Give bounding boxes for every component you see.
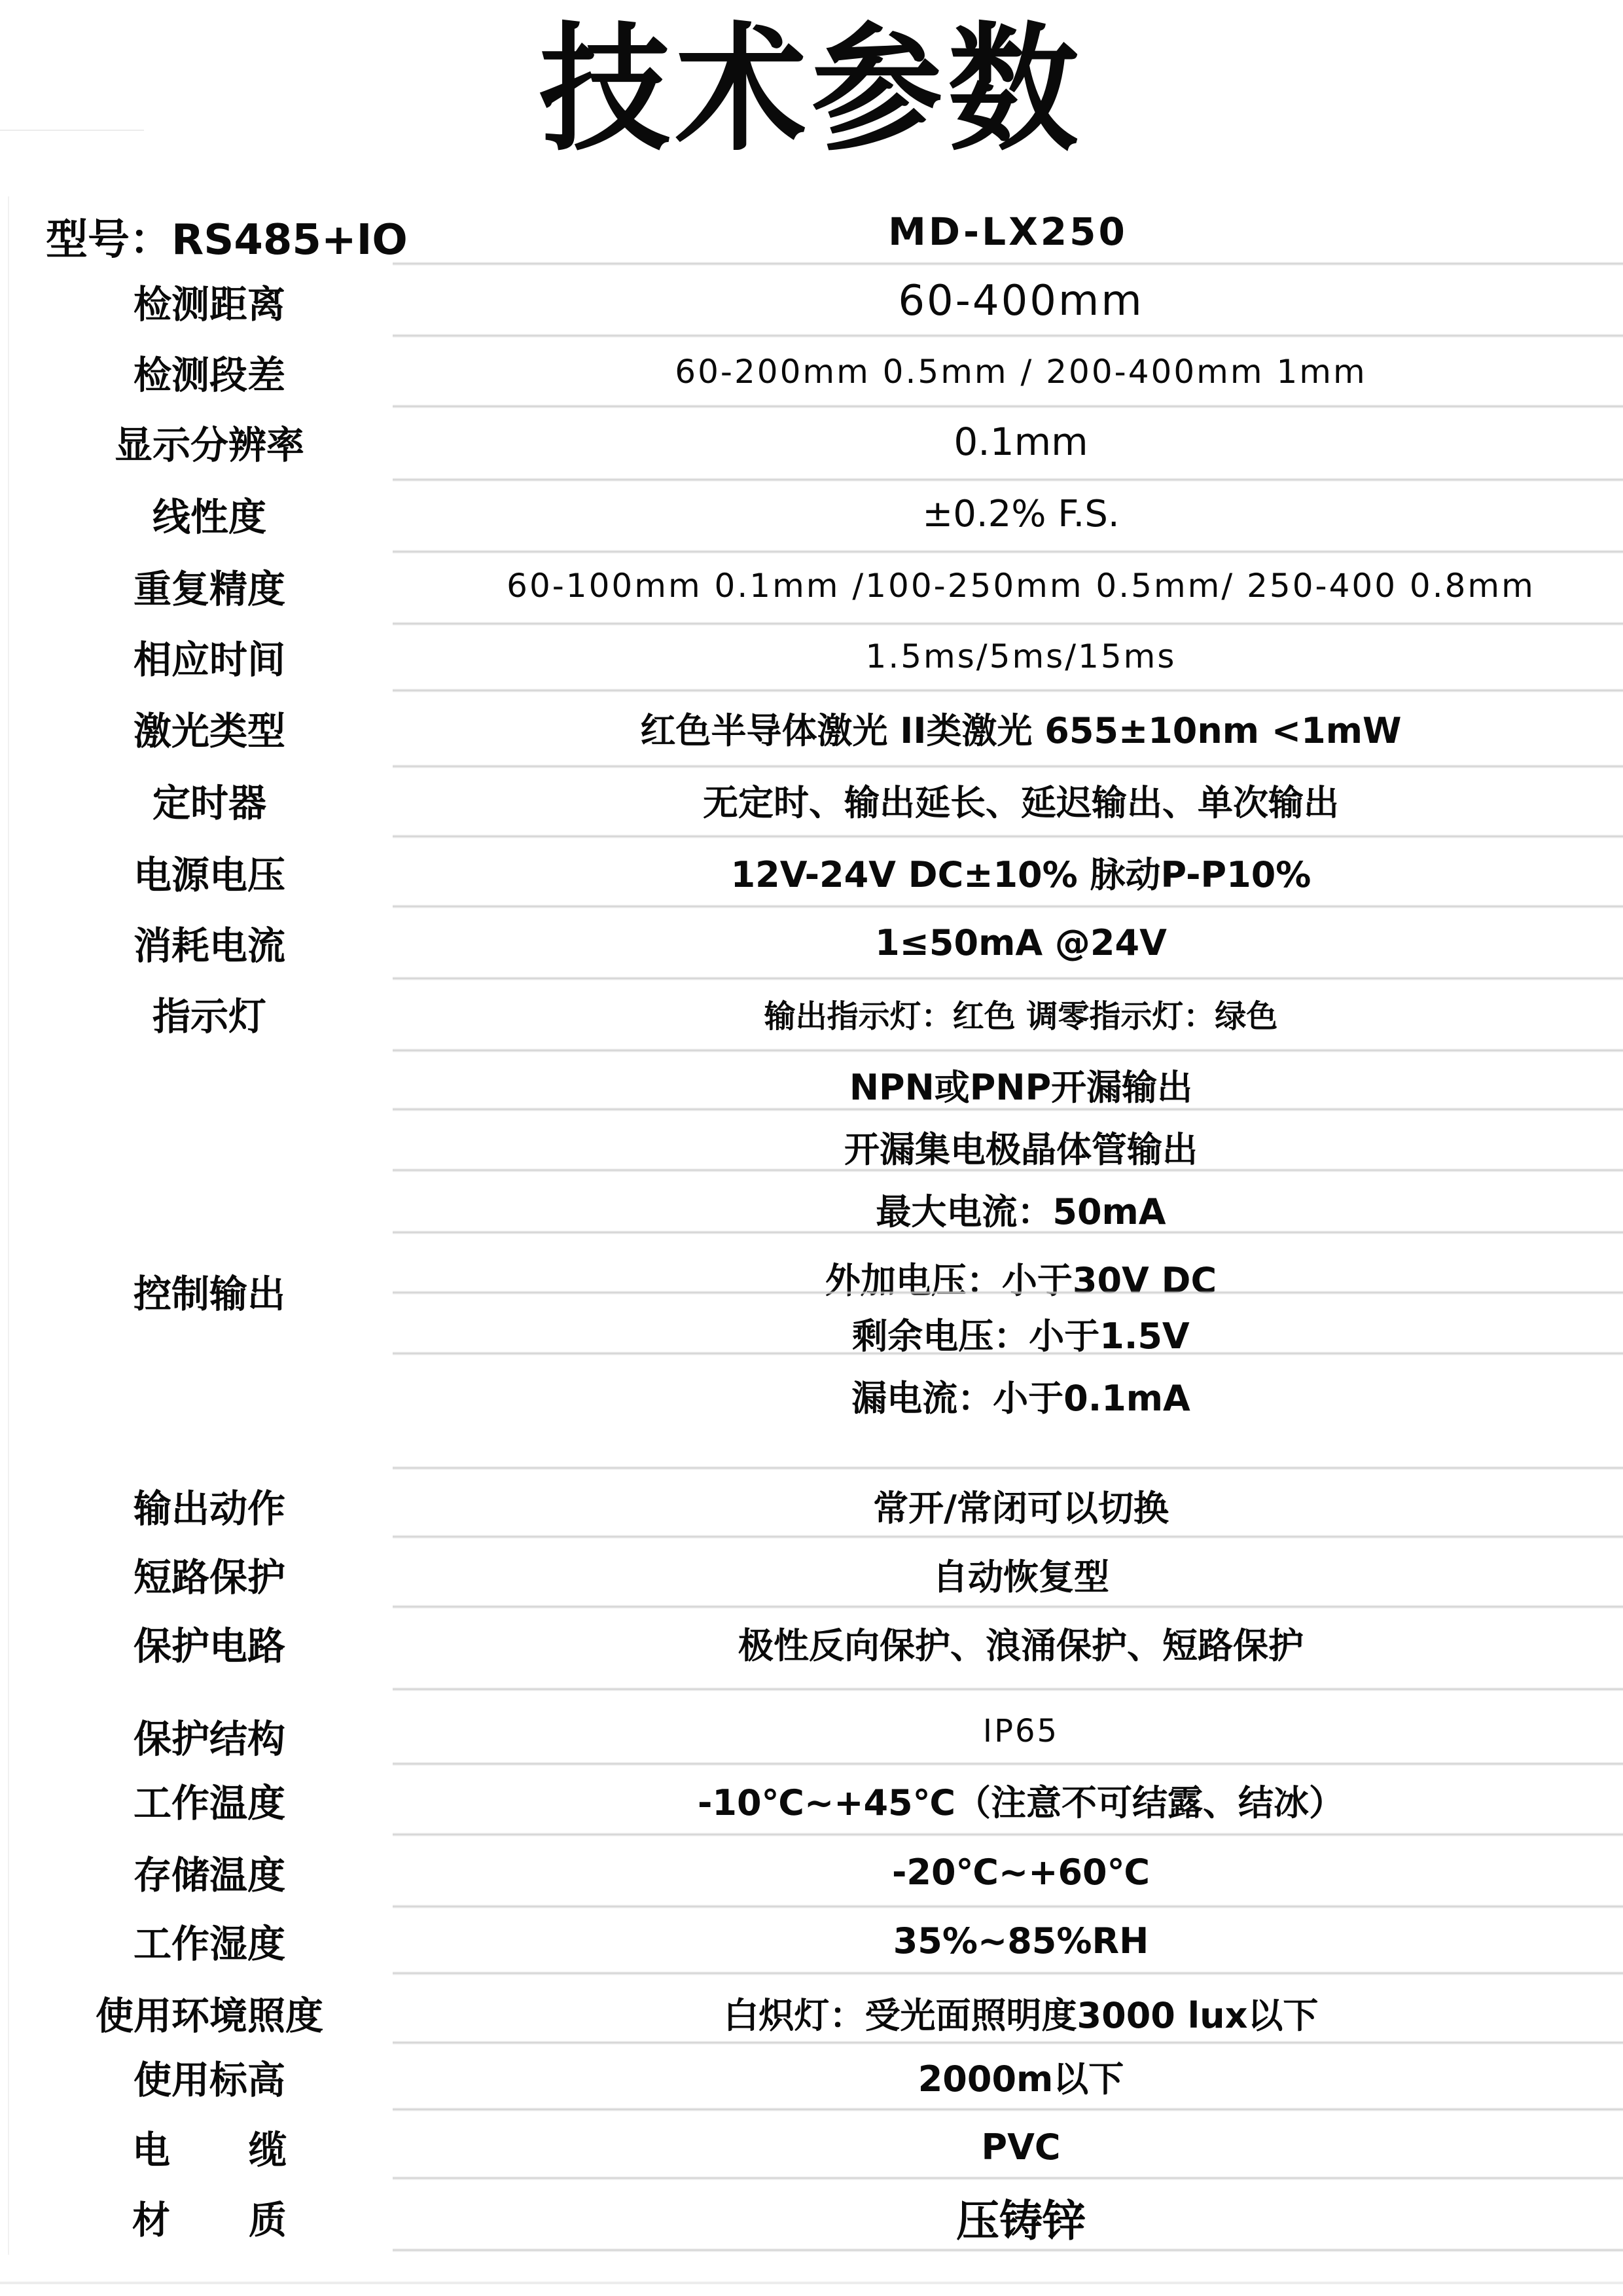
row-divider xyxy=(393,2176,1623,2180)
spec-row-repeatability: 重复精度 60-100mm 0.1mm /100-250mm 0.5mm/ 25… xyxy=(0,553,1623,619)
spec-row-resolution: 显示分辨率 0.1mm xyxy=(0,409,1623,475)
spec-label: 使用环境照度 xyxy=(0,1985,419,2040)
spec-value: 0.1mm xyxy=(419,420,1623,464)
spec-value: 60-100mm 0.1mm /100-250mm 0.5mm/ 250-400… xyxy=(419,567,1623,605)
control-output-row: 漏电流：小于0.1mA xyxy=(0,1365,1623,1427)
spec-row-detection-distance: 检测距离 60-400mm xyxy=(0,268,1623,334)
row-divider xyxy=(393,334,1623,338)
model-value: MD-LX250 xyxy=(393,209,1623,254)
spec-value: ±0.2% F.S. xyxy=(419,493,1623,535)
divider xyxy=(0,130,144,131)
spec-value: 35%~85%RH xyxy=(419,1920,1623,1962)
spec-value: PVC xyxy=(419,2126,1623,2168)
spec-value: -10℃~+45℃（注意不可结露、结冰） xyxy=(419,1775,1623,1825)
spec-label: 检测距离 xyxy=(0,274,419,329)
spec-value: IP65 xyxy=(419,1713,1623,1749)
spec-row-output-action: 输出动作 常开/常闭可以切换 xyxy=(0,1473,1623,1538)
spec-label: 工作湿度 xyxy=(0,1913,419,1968)
row-divider xyxy=(393,1352,1623,1355)
model-label: 型号：RS485+IO xyxy=(46,206,408,266)
row-divider xyxy=(393,1687,1623,1691)
row-divider xyxy=(393,1971,1623,1975)
row-divider xyxy=(393,262,1623,266)
spec-value: 60-200mm 0.5mm / 200-400mm 1mm xyxy=(419,353,1623,391)
spec-label: 定时器 xyxy=(0,772,419,827)
spec-label: 检测段差 xyxy=(0,344,419,399)
spec-row-timer: 定时器 无定时、输出延长、延迟输出、单次输出 xyxy=(0,767,1623,833)
spec-label: 显示分辨率 xyxy=(0,414,419,469)
control-output-value: NPN或PNP开漏输出 xyxy=(419,1060,1623,1110)
row-divider xyxy=(393,2108,1623,2111)
row-divider xyxy=(393,2248,1623,2252)
row-divider xyxy=(393,905,1623,908)
divider xyxy=(0,2282,1623,2284)
row-divider xyxy=(393,1535,1623,1539)
control-output-row: 外加电压：小于30V DC xyxy=(0,1247,1623,1309)
control-output-value: 漏电流：小于0.1mA xyxy=(419,1371,1623,1421)
spec-row-indicator: 指示灯 输出指示灯：红色 调零指示灯：绿色 xyxy=(0,980,1623,1046)
spec-label: 保护结构 xyxy=(0,1699,419,1763)
spec-value: 极性反向保护、浪涌保护、短路保护 xyxy=(419,1618,1623,1668)
row-divider xyxy=(393,1605,1623,1609)
row-divider xyxy=(393,1833,1623,1837)
row-divider xyxy=(393,2041,1623,2045)
row-divider xyxy=(393,404,1623,408)
row-divider xyxy=(393,834,1623,838)
spec-label: 使用标高 xyxy=(0,2049,419,2104)
control-output-value: 最大电流：50mA xyxy=(419,1184,1623,1234)
spec-row-protection-circuit: 保护电路 极性反向保护、浪涌保护、短路保护 xyxy=(0,1610,1623,1676)
spec-row-protection-structure: 保护结构 IP65 xyxy=(0,1692,1623,1770)
spec-value: 自动恢复型 xyxy=(419,1549,1623,1600)
spec-label: 短路保护 xyxy=(0,1547,419,1602)
spec-value: 12V-24V DC±10% 脉动P-P10% xyxy=(419,847,1623,897)
page-title: 技术参数 xyxy=(0,8,1623,173)
spec-label: 相应时间 xyxy=(0,629,419,684)
spec-value: -20℃~+60℃ xyxy=(419,1852,1623,1893)
spec-label: 电缆 xyxy=(0,2119,419,2174)
spec-value: 输出指示灯：红色 调零指示灯：绿色 xyxy=(419,991,1623,1036)
spec-value: 2000m以下 xyxy=(419,2051,1623,2102)
spec-row-operating-humidity: 工作湿度 35%~85%RH xyxy=(0,1908,1623,1973)
spec-label: 电源电压 xyxy=(0,844,419,899)
spec-label: 工作温度 xyxy=(0,1772,419,1827)
spec-row-ambient-illuminance: 使用环境照度 白炽灯：受光面照明度3000 lux以下 xyxy=(0,1980,1623,2045)
spec-label: 线性度 xyxy=(0,486,419,541)
spec-label: 输出动作 xyxy=(0,1478,419,1533)
spec-label: 存储温度 xyxy=(0,1844,419,1899)
spec-value: 常开/常闭可以切换 xyxy=(419,1480,1623,1531)
spec-table: 型号：RS485+IO MD-LX250 检测距离 60-400mm 检测段差 … xyxy=(0,196,1623,2265)
row-divider xyxy=(393,689,1623,692)
spec-value: 60-400mm xyxy=(419,277,1623,325)
spec-value: 1.5ms/5ms/15ms xyxy=(419,637,1623,675)
spec-row-response-time: 相应时间 1.5ms/5ms/15ms xyxy=(0,625,1623,687)
spec-label: 激光类型 xyxy=(0,700,419,755)
spec-label: 材质 xyxy=(0,2189,419,2244)
spec-row-cable: 电缆 PVC xyxy=(0,2114,1623,2179)
control-output-value: 外加电压：小于30V DC xyxy=(419,1253,1623,1303)
spec-row-material: 材质 压铸锌 xyxy=(0,2181,1623,2253)
spec-row-current-consumption: 消耗电流 1≤50mA @24V xyxy=(0,910,1623,975)
control-output-row: NPN或PNP开漏输出 xyxy=(0,1054,1623,1116)
row-divider xyxy=(393,1049,1623,1052)
row-divider xyxy=(393,1466,1623,1470)
spec-label: 消耗电流 xyxy=(0,915,419,970)
spec-value: 压铸锌 xyxy=(419,2186,1623,2248)
spec-value: 1≤50mA @24V xyxy=(419,922,1623,963)
spec-value: 白炽灯：受光面照明度3000 lux以下 xyxy=(419,1988,1623,2038)
row-divider xyxy=(393,1762,1623,1766)
row-divider xyxy=(393,1230,1623,1234)
spec-row-detection-step: 检测段差 60-200mm 0.5mm / 200-400mm 1mm xyxy=(0,340,1623,403)
spec-row-linearity: 线性度 ±0.2% F.S. xyxy=(0,481,1623,547)
spec-label: 指示灯 xyxy=(0,986,419,1041)
row-divider xyxy=(393,1168,1623,1172)
row-divider xyxy=(393,1291,1623,1295)
spec-row-laser-type: 激光类型 红色半导体激光 II类激光 655±10nm <1mW xyxy=(0,695,1623,761)
control-output-value: 开漏集电极晶体管输出 xyxy=(419,1122,1623,1172)
row-divider xyxy=(393,1107,1623,1111)
spec-row-altitude: 使用标高 2000m以下 xyxy=(0,2045,1623,2108)
spec-row-supply-voltage: 电源电压 12V-24V DC±10% 脉动P-P10% xyxy=(0,839,1623,905)
spec-value: 红色半导体激光 II类激光 655±10nm <1mW xyxy=(419,703,1623,753)
spec-label: 重复精度 xyxy=(0,558,419,613)
spec-row-operating-temperature: 工作温度 -10℃~+45℃（注意不可结露、结冰） xyxy=(0,1767,1623,1833)
spec-row-storage-temperature: 存储温度 -20℃~+60℃ xyxy=(0,1839,1623,1905)
spec-row-short-circuit-protection: 短路保护 自动恢复型 xyxy=(0,1541,1623,1607)
spec-value: 无定时、输出延长、延迟输出、单次输出 xyxy=(419,775,1623,825)
spec-label: 保护电路 xyxy=(0,1615,419,1670)
